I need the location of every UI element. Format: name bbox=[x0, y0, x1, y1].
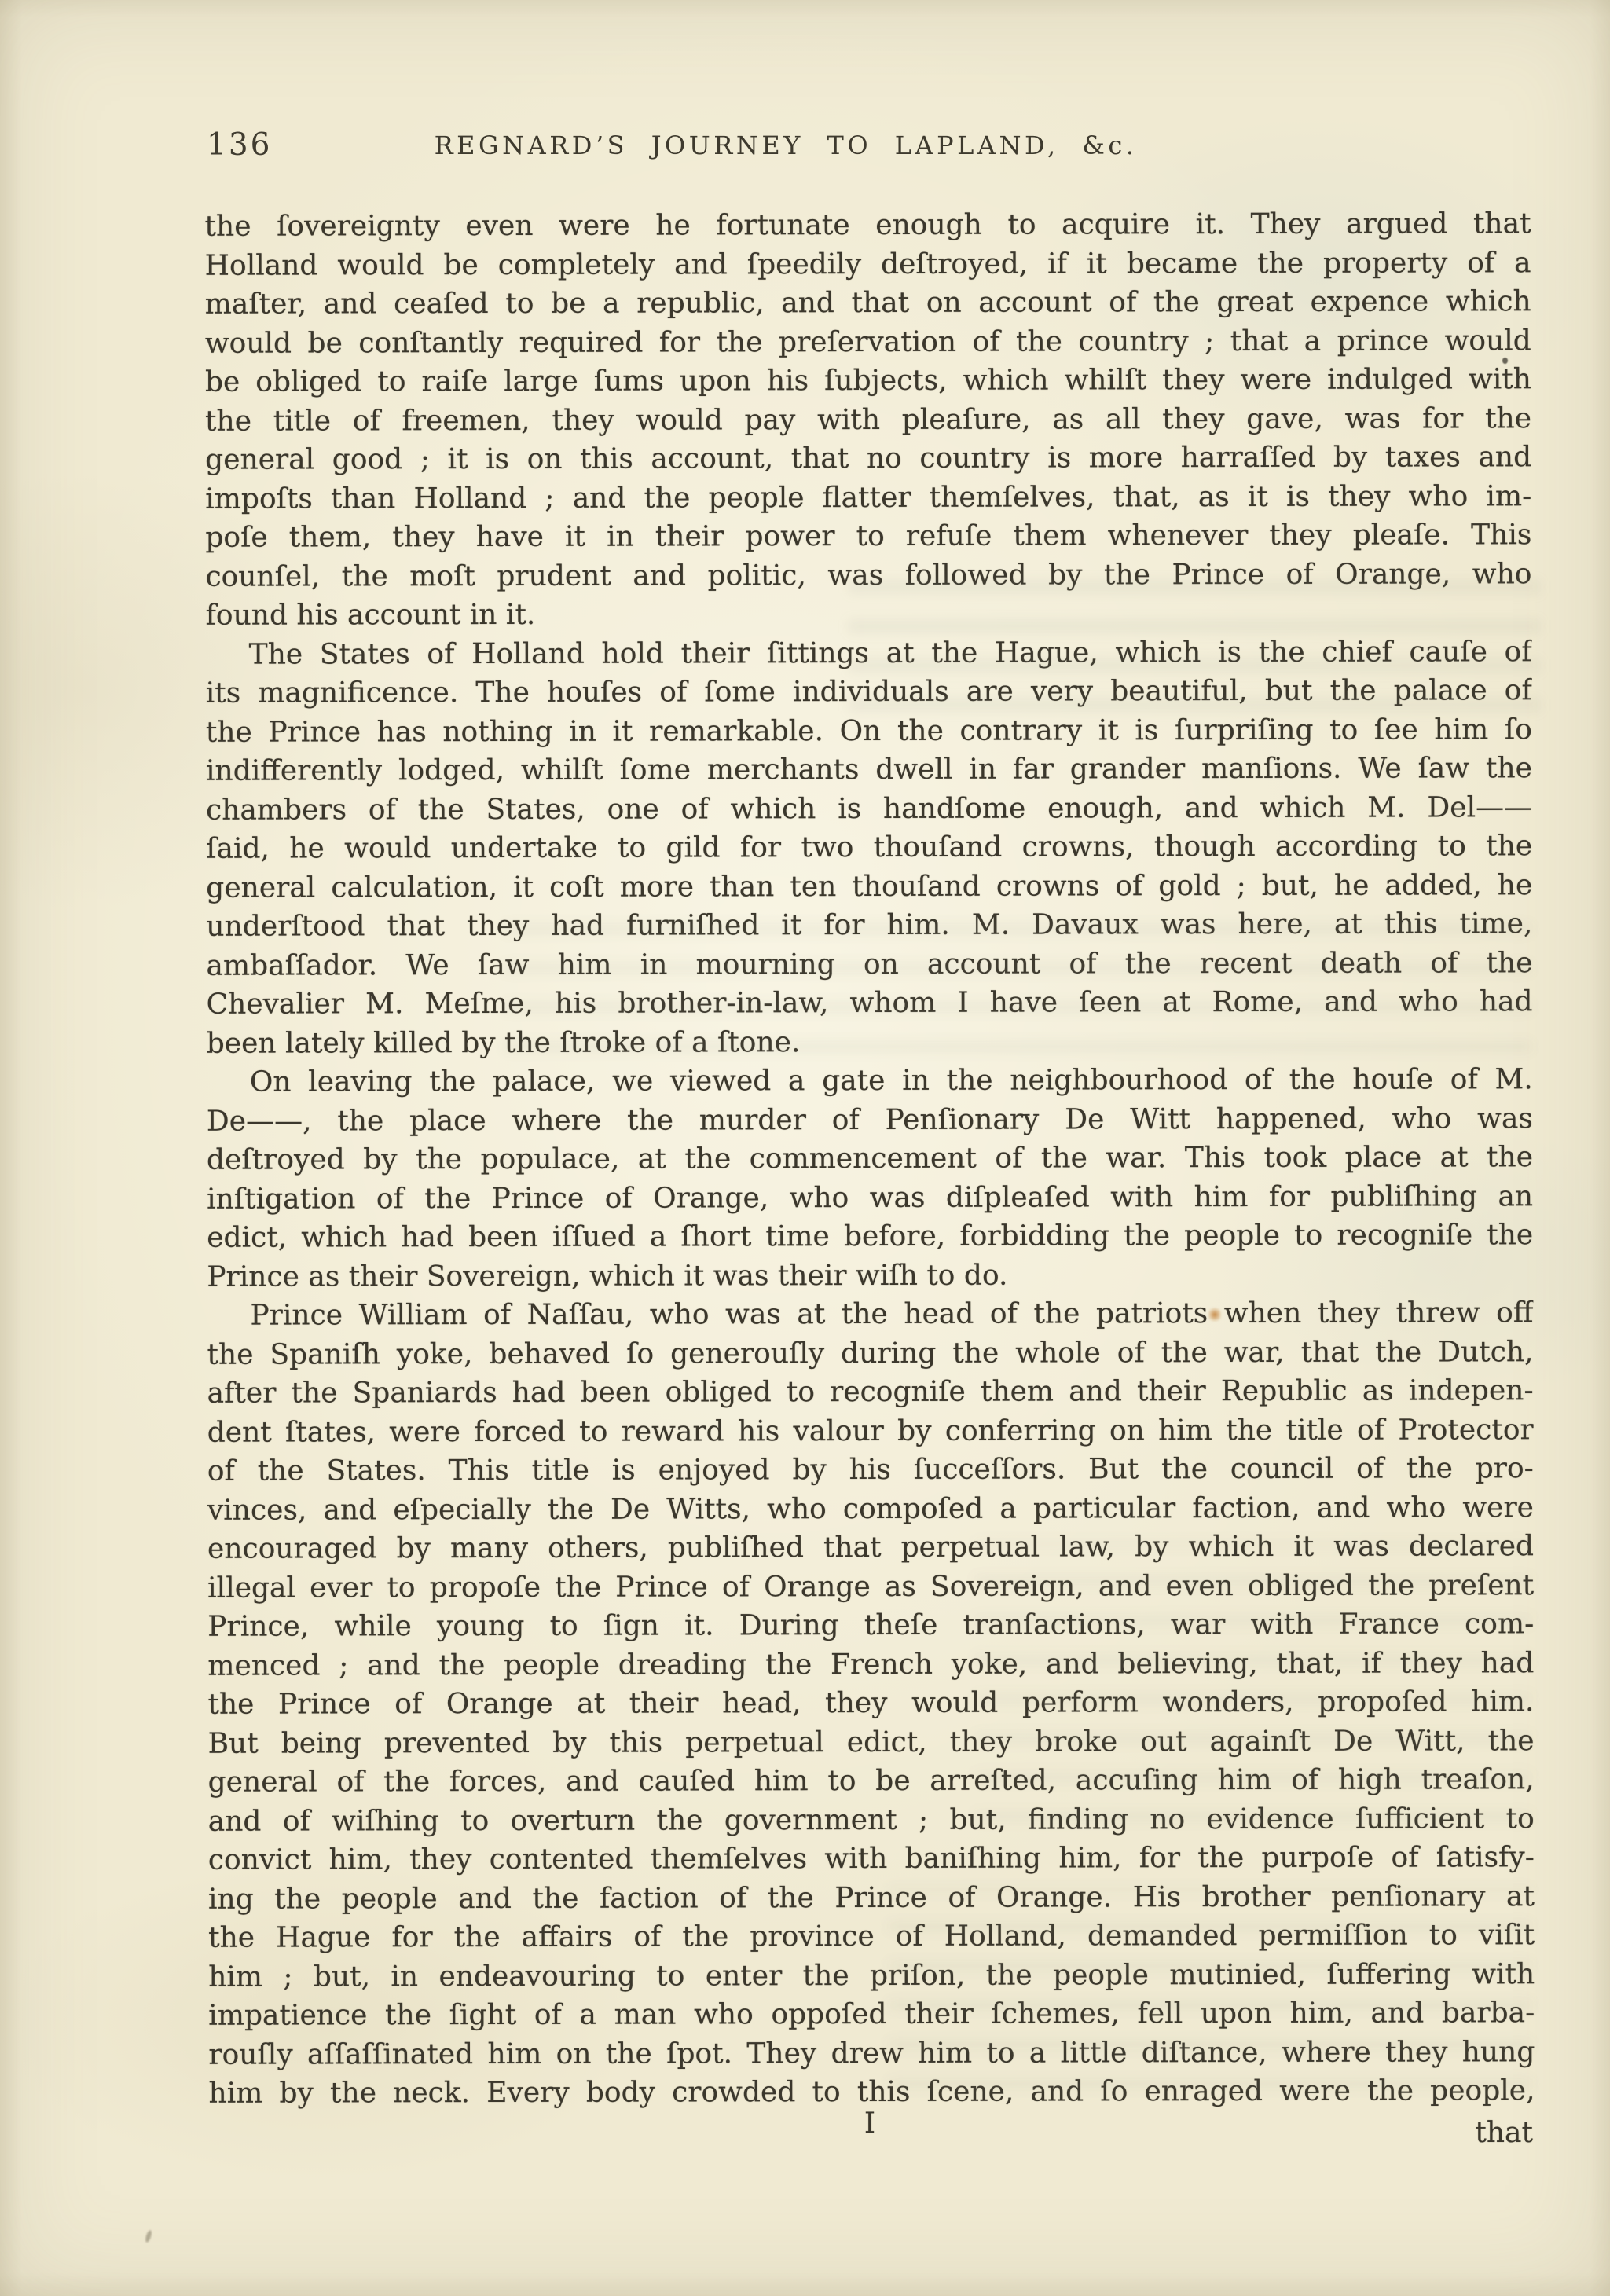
text-line: general of the forces, and cauſed him to… bbox=[208, 1760, 1535, 1802]
text-line: of the States. This title is enjoyed by … bbox=[207, 1449, 1534, 1491]
text-line: deſtroyed by the populace, at the commen… bbox=[207, 1138, 1533, 1179]
text-line: found his account in it. bbox=[205, 593, 1531, 635]
text-line: the ſovereignty even were he fortunate e… bbox=[204, 204, 1531, 246]
text-line: illegal ever to propoſe the Prince of Or… bbox=[207, 1566, 1534, 1608]
text-line: the Prince of Orange at their head, they… bbox=[207, 1682, 1534, 1724]
text-line: Chevalier M. Meſme, his brother-in-law, … bbox=[207, 982, 1533, 1024]
text-line: ambaſſador. We ſaw him in mourning on ac… bbox=[206, 944, 1532, 985]
text-line: impoſts than Holland ; and the people fl… bbox=[205, 477, 1531, 519]
text-line: rouſly aſſaſſinated him on the ſpot. The… bbox=[208, 2033, 1535, 2074]
scan-speck bbox=[1502, 358, 1508, 364]
text-line: impatience the ſight of a man who oppoſe… bbox=[208, 1993, 1535, 2035]
text-line: inſtigation of the Prince of Orange, who… bbox=[207, 1177, 1533, 1219]
text-line: vinces, and eſpecially the De Witts, who… bbox=[207, 1488, 1534, 1530]
paragraph: Prince William of Naſſau, who was at the… bbox=[207, 1293, 1535, 2113]
text-line: ſaid, he would undertake to gild for two… bbox=[206, 827, 1532, 868]
text-line: convict him, they contented themſelves w… bbox=[208, 1838, 1535, 1880]
text-line: Prince, while young to ſign it. During t… bbox=[207, 1605, 1534, 1646]
running-title: REGNARD’S JOURNEY TO LAPLAND, &c. bbox=[0, 130, 1571, 160]
rust-stain bbox=[1208, 1306, 1221, 1323]
text-line: chambers of the States, one of which is … bbox=[206, 788, 1532, 830]
text-line: the Prince has nothing in it remarkable.… bbox=[206, 710, 1532, 752]
signature-mark: I bbox=[207, 2107, 1533, 2140]
paragraph: the ſovereignty even were he fortunate e… bbox=[204, 204, 1531, 635]
text-line: maſter, and ceaſed to be a republic, and… bbox=[205, 282, 1531, 324]
text-line: poſe them, they have it in their power t… bbox=[205, 515, 1531, 557]
text-line: been lately killed by the ſtroke of a ſt… bbox=[207, 1021, 1533, 1063]
text-line: its magnificence. The houſes of ſome ind… bbox=[206, 671, 1532, 713]
text-line: the Hague for the affairs of the provinc… bbox=[208, 1916, 1535, 1957]
text-line: Holland would be completely and ſpeedily… bbox=[205, 244, 1531, 285]
text-line: general calculation, it coſt more than t… bbox=[206, 866, 1532, 908]
text-line: him ; but, in endeavouring to enter the … bbox=[208, 1955, 1535, 1997]
text-line: underſtood that they had furniſhed it fo… bbox=[206, 904, 1532, 946]
text-line: edict, which had been iſſued a ſhort tim… bbox=[207, 1216, 1533, 1257]
page-header: 136 REGNARD’S JOURNEY TO LAPLAND, &c. bbox=[0, 126, 1610, 173]
text-line: But being prevented by this perpetual ed… bbox=[208, 1722, 1535, 1763]
text-line: ing the people and the faction of the Pr… bbox=[208, 1877, 1535, 1919]
text-line: the title of freemen, they would pay wit… bbox=[205, 399, 1531, 441]
text-line: be obliged to raiſe large ſums upon his … bbox=[205, 360, 1531, 402]
paragraph: On leaving the palace, we viewed a gate … bbox=[207, 1060, 1534, 1297]
text-line: after the Spaniards had been obliged to … bbox=[207, 1371, 1534, 1413]
text-line: would be conſtantly required for the pre… bbox=[205, 321, 1531, 363]
page-footer: I that bbox=[207, 2107, 1533, 2148]
text-line: encouraged by many others, publiſhed tha… bbox=[207, 1527, 1534, 1568]
text-line: On leaving the palace, we viewed a gate … bbox=[207, 1060, 1533, 1102]
text-line: the Spaniſh yoke, behaved ſo generouſly … bbox=[207, 1333, 1533, 1374]
page-body: the ſovereignty even were he fortunate e… bbox=[204, 204, 1535, 2113]
text-line: menced ; and the people dreading the Fre… bbox=[207, 1644, 1534, 1685]
text-line: dent ſtates, were forced to reward his v… bbox=[207, 1410, 1534, 1452]
text-line: and of wiſhing to overturn the governmen… bbox=[208, 1799, 1535, 1841]
text-line: general good ; it is on this account, th… bbox=[205, 438, 1531, 479]
text-line: Prince William of Naſſau, who was at the… bbox=[207, 1293, 1533, 1335]
paragraph: The States of Holland hold their ſitting… bbox=[206, 633, 1533, 1063]
scan-speck bbox=[145, 2229, 153, 2243]
text-line: De——, the place where the murder of Penſ… bbox=[207, 1099, 1533, 1141]
text-line: The States of Holland hold their ſitting… bbox=[206, 633, 1532, 674]
text-line: Prince as their Sovereign, which it was … bbox=[207, 1255, 1533, 1297]
catchword: that bbox=[1475, 2117, 1533, 2149]
text-line: counſel, the moſt prudent and politic, w… bbox=[205, 555, 1531, 596]
text-line: indifferently lodged, whilſt ſome mercha… bbox=[206, 749, 1532, 790]
book-page-scan: 136 REGNARD’S JOURNEY TO LAPLAND, &c. th… bbox=[0, 0, 1610, 2296]
